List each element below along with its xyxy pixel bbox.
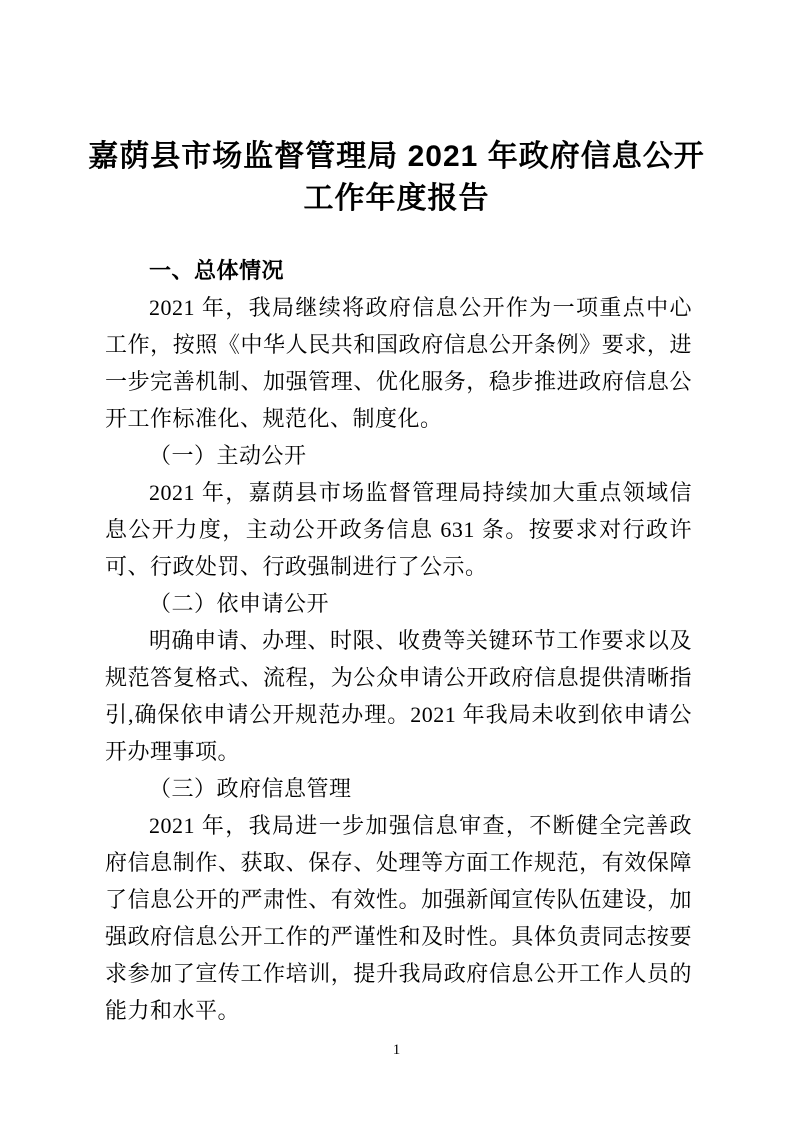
subsection-heading-proactive-disclosure: （一）主动公开 [105, 437, 692, 474]
document-title: 嘉荫县市场监督管理局 2021 年政府信息公开 工作年度报告 [0, 0, 793, 220]
paragraph-overall-intro: 2021 年，我局继续将政府信息公开作为一项重点中心工作，按照《中华人民共和国政… [105, 289, 692, 437]
paragraph-information-management: 2021 年，我局进一步加强信息审查，不断健全完善政府信息制作、获取、保存、处理… [105, 807, 692, 1029]
paragraph-proactive-disclosure: 2021 年，嘉荫县市场监督管理局持续加大重点领域信息公开力度，主动公开政务信息… [105, 474, 692, 585]
document-page: 嘉荫县市场监督管理局 2021 年政府信息公开 工作年度报告 一、总体情况 20… [0, 0, 793, 1122]
document-body: 一、总体情况 2021 年，我局继续将政府信息公开作为一项重点中心工作，按照《中… [0, 252, 793, 1029]
paragraph-disclosure-upon-request: 明确申请、办理、时限、收费等关键环节工作要求以及规范答复格式、流程，为公众申请公… [105, 622, 692, 770]
title-line-2: 工作年度报告 [0, 178, 793, 220]
subsection-heading-disclosure-upon-request: （二）依申请公开 [105, 585, 692, 622]
page-number: 1 [393, 1042, 401, 1058]
subsection-heading-information-management: （三）政府信息管理 [105, 770, 692, 807]
page-footer: 1 [0, 1041, 793, 1059]
section-heading-overall-situation: 一、总体情况 [105, 252, 692, 289]
title-line-1: 嘉荫县市场监督管理局 2021 年政府信息公开 [0, 136, 793, 178]
